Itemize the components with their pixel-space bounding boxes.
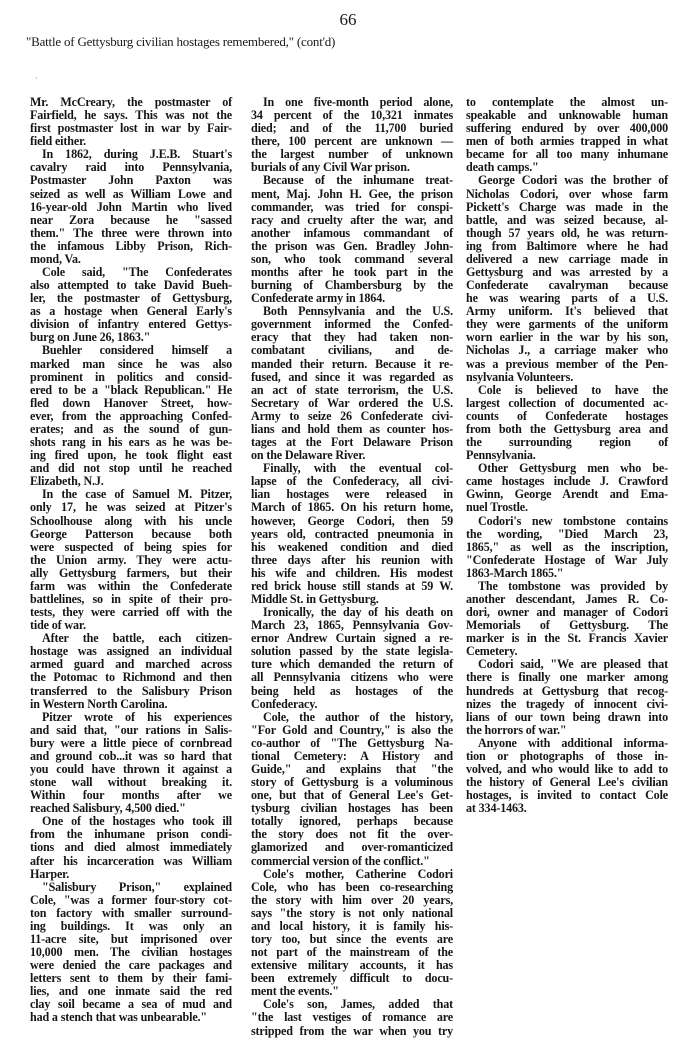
text-line: Buehler considered himself a [30,344,232,357]
text-line: "the last vestiges of romance are [251,1011,453,1024]
text-line: the wording, "Died March 23, [466,528,668,541]
text-line: the prison was Gen. Bradley John- [251,240,453,253]
text-line: ment, Maj. John H. Gee, the prison [251,188,453,201]
text-line: transferred to the Salisbury Prison [30,685,232,698]
text-line: Army to seize 26 Confederate civi- [251,410,453,423]
text-line: Cole, who has been co-researching [251,881,453,894]
text-line: commander, was tried for conspi- [251,201,453,214]
text-line: ing from Baltimore where he had [466,240,668,253]
text-line: near Zora because he "sassed [30,214,232,227]
text-line: glamorized and over-romanticized [251,841,453,854]
article-title: "Battle of Gettysburg civilian hostages … [26,34,335,50]
text-line: three days after his reunion with [251,554,453,567]
text-line: his wife and children. His modest [251,567,453,580]
text-line: counts of Confederate hostages [466,410,668,423]
text-line: there is finally one marker among [466,671,668,684]
text-line: battle, and was seized because, al- [466,214,668,227]
text-line: tions and died almost immediately [30,841,232,854]
scan-artifact: · [35,74,38,83]
text-line: Harper. [30,868,232,881]
column-left: Mr. McCreary, the postmaster ofFairfield… [30,96,232,1025]
text-line: Postmaster John Paxton was [30,174,232,187]
text-line: George Patterson because both [30,528,232,541]
text-line: lians of our town being drawn into [466,711,668,724]
text-line: farm was within the Confederate [30,580,232,593]
text-line: fused, and since it was regarded as [251,371,453,384]
text-line: Because of the inhumane treat- [251,174,453,187]
text-line: red brick house still stands at 59 W. [251,580,453,593]
text-line: Codori's new tombstone contains [466,515,668,528]
text-line: ally Gettysburg farmers, but their [30,567,232,580]
text-line: years old, contracted pneumonia in [251,528,453,541]
text-line: Anyone with additional informa- [466,737,668,750]
text-line: was a previous member of the Pen- [466,358,668,371]
text-line: Cole's mother, Catherine Codori [251,868,453,881]
text-line: co-author of "The Gettysburg Na- [251,737,453,750]
text-line: racy and cruelty after the war, and [251,214,453,227]
text-line: Pitzer wrote of his experiences [30,711,232,724]
text-line: the Union army. They were actu- [30,554,232,567]
text-line: ever, from the approaching Confed- [30,410,232,423]
column-middle: In one five-month period alone,34 percen… [251,96,453,1038]
text-line: another infamous commandant of [251,227,453,240]
text-line: being held as hostages of the [251,685,453,698]
text-line: Cole, "was a former four-story cot- [30,894,232,907]
text-line: his weakened condition and died [251,541,453,554]
text-line: Nicholas Codori, over whose farm [466,188,668,201]
text-line: 16-year-old John Martin who lived [30,201,232,214]
text-line: them." The three were thrown into [30,227,232,240]
text-line: fled down Hanover Street, how- [30,397,232,410]
text-line: says "the story is not only national [251,907,453,920]
text-line: all Pennsylvania citizens who were [251,671,453,684]
text-line: and said that, "our rations in Salis- [30,724,232,737]
text-line: Secretary of War ordered the U.S. [251,397,453,410]
text-line: The tombstone was provided by [466,580,668,593]
text-line: the story with him over 20 years, [251,894,453,907]
text-line: largest collection of documented ac- [466,397,668,410]
text-line: George Codori was the brother of [466,174,668,187]
text-line: nizes the tragedy of innocent civi- [466,698,668,711]
text-line: Pickett's Charge was made in the [466,201,668,214]
text-line: bury were a little piece of cornbread [30,737,232,750]
column-right: to contemplate the almost un-speakable a… [466,96,668,815]
text-line: 1863-March 1865." [466,567,668,580]
text-line: marked man since he was also [30,358,232,371]
text-line: an act of state terrorism, the U.S. [251,384,453,397]
text-line: commercial version of the conflict." [251,855,453,868]
text-line: stripped from the war when you try [251,1025,453,1038]
text-line: Nicholas J., a carriage maker who [466,344,668,357]
text-line: ered to be a "black Republican." He [30,384,232,397]
text-line: Schoolhouse along with his uncle [30,515,232,528]
text-line: 1865," as well as the inscription, [466,541,668,554]
text-line: prominent in politics and consid- [30,371,232,384]
text-line: nsylvania Volunteers. [466,371,668,384]
text-line: the Potomac to Richmond and then [30,671,232,684]
text-line: Cole, the author of the history, [251,711,453,724]
text-line: though 57 years old, he was return- [466,227,668,240]
text-line: manded their return. Because it re- [251,358,453,371]
text-line: "Confederate Hostage of War July [466,554,668,567]
text-line: hundreds at Gettysburg that recog- [466,685,668,698]
text-line: were suspected of being spies for [30,541,232,554]
text-line: Confederacy. [251,698,453,711]
text-line: after his incarceration was William [30,855,232,868]
text-line: the infamous Libby Prison, Rich- [30,240,232,253]
text-line: however, George Codori, then 59 [251,515,453,528]
text-line: the horrors of war." [466,724,668,737]
text-line: in Western North Carolina. [30,698,232,711]
page-number: 66 [0,10,696,30]
text-line: had a stench that was unbearable." [30,1011,232,1024]
text-line: only 17, he was seized at Pitzer's [30,501,232,514]
text-line: seized as well as William Lowe and [30,188,232,201]
text-line: at 334-1463. [466,802,668,815]
text-line: "For Gold and Country," is also the [251,724,453,737]
text-line: March of 1865. On his return home, [251,501,453,514]
text-line: combatant civilians, and de- [251,344,453,357]
text-line: ton factory with smaller surround- [30,907,232,920]
text-line: "Salisbury Prison," explained [30,881,232,894]
text-line: nuel Trostle. [466,501,668,514]
text-line: Cole is believed to have the [466,384,668,397]
